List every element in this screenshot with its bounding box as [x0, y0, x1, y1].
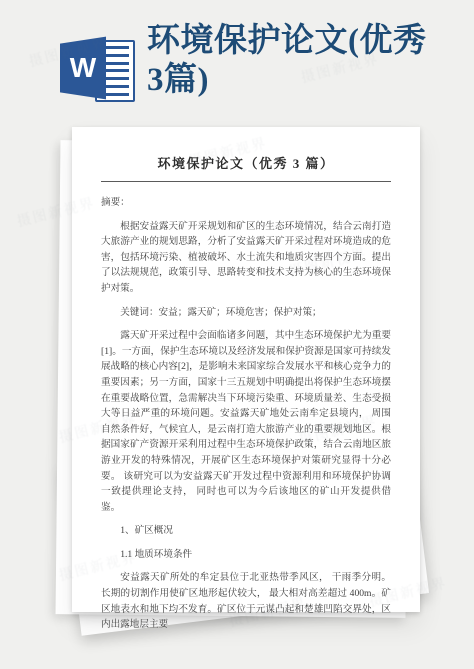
- header: W 环境保护论文(优秀3篇): [0, 0, 474, 127]
- word-file-icon: W: [58, 36, 133, 100]
- doc-paragraph: 露天矿开采过程中会面临诸多问题，其中生态环境保护尤为重要[1]。一方面，保护生态…: [101, 328, 391, 515]
- preview-card: W 环境保护论文(优秀3篇) 环境保护论文（优秀 3 篇） 摘要： 根据安益露天…: [0, 0, 474, 669]
- doc-paragraph: 1.1 地质环境条件: [101, 547, 391, 563]
- doc-paragraph: 安益露天矿所处的牟定县位于北亚热带季风区， 干雨季分明。长期的切割作用使矿区地形…: [101, 570, 391, 632]
- doc-paragraph: 摘要：: [101, 195, 391, 211]
- document-page-preview[interactable]: 环境保护论文（优秀 3 篇） 摘要： 根据安益露天矿开采规划和矿区的生态环境情况…: [72, 127, 420, 612]
- doc-paragraph: 1、矿区概况: [101, 523, 391, 539]
- page-title: 环境保护论文(优秀3篇): [147, 22, 435, 100]
- document-title: 环境保护论文（优秀 3 篇）: [101, 153, 391, 172]
- word-icon-letter: W: [70, 52, 96, 84]
- doc-paragraph: 根据安益露天矿开采规划和矿区的生态环境情况，结合云南打造大旅游产业的规划思路，分…: [101, 219, 391, 297]
- title-divider: [101, 181, 391, 182]
- word-icon-w-panel: W: [60, 36, 106, 100]
- document-body: 摘要： 根据安益露天矿开采规划和矿区的生态环境情况，结合云南打造大旅游产业的规划…: [101, 195, 391, 633]
- doc-paragraph: 关键词：安益；露天矿；环境危害；保护对策；: [101, 305, 391, 321]
